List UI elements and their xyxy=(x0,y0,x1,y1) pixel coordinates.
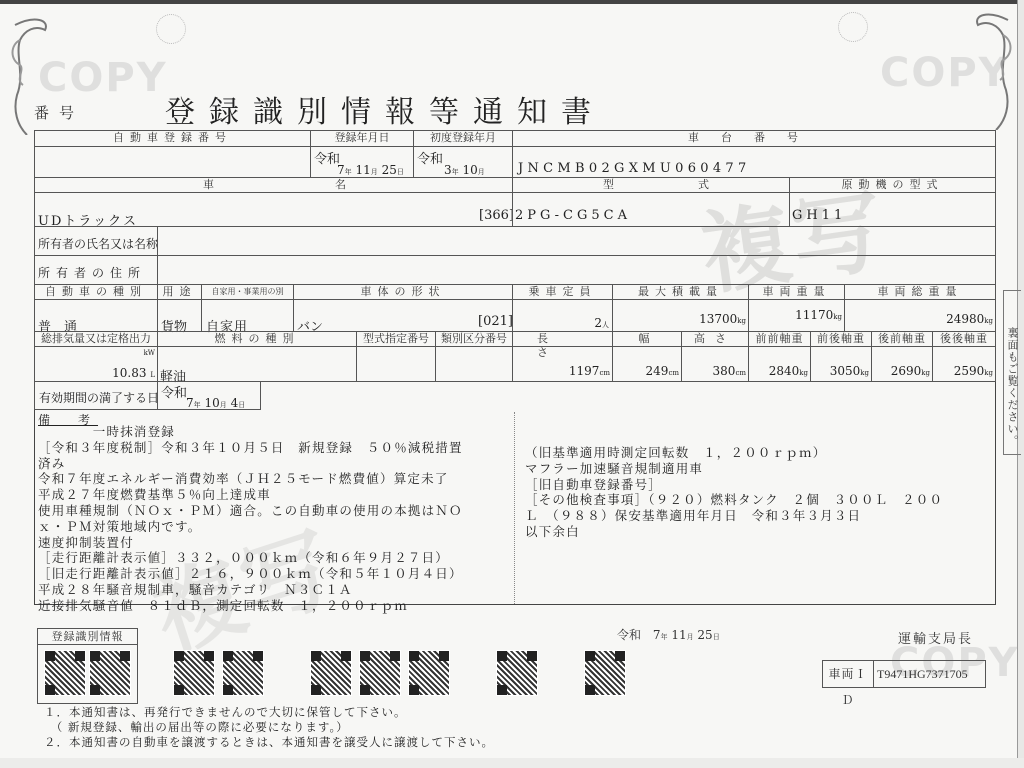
type-designation-label: 型式指定番号 xyxy=(363,332,429,345)
first-reg-month: 10 xyxy=(462,163,477,177)
model-label: 式 xyxy=(698,178,715,192)
issue-date-month: 11 xyxy=(671,628,686,642)
engine-model: GH11 xyxy=(792,208,846,223)
height-value: 380 xyxy=(713,364,736,378)
copy-watermark: COPY xyxy=(880,50,1010,96)
vehicle-weight-header: 車両重量 xyxy=(748,284,845,300)
ff-axle-cell: 2840kg xyxy=(748,346,811,382)
rf-axle-label: 後前軸重 xyxy=(878,332,926,345)
width-cell: 249cm xyxy=(612,346,682,382)
max-load-label: 最大積載量 xyxy=(638,285,723,298)
capacity-value: 2 xyxy=(594,316,602,330)
width-value: 249 xyxy=(646,364,669,378)
rf-axle-header: 後前軸重 xyxy=(871,331,933,347)
reg-number-cell xyxy=(34,146,311,178)
first-reg-era: 令和 xyxy=(417,148,443,167)
expiry-year: 7 xyxy=(186,396,194,410)
chassis-label: 車台番号 xyxy=(688,131,820,144)
use-header: 用途 xyxy=(157,284,202,300)
remarks-line: 使用車種規制（ＮＯｘ・ＰＭ）適合。この自動車の使用の本拠はＮＯ xyxy=(38,503,463,519)
qr-box-title: 登録識別情報 xyxy=(38,629,137,645)
owner-address-label-cell: 所有者の住所 xyxy=(34,255,158,285)
type-designation-cell xyxy=(356,346,436,382)
ff-axle-label: 前前軸重 xyxy=(756,332,804,345)
rr-axle-label: 後後軸重 xyxy=(940,332,988,345)
engine-header: 原動機の型式 xyxy=(789,177,996,193)
first-reg-label: 初度登録年月 xyxy=(430,131,496,144)
displacement-cell: kW 10.83 L xyxy=(34,346,158,382)
owner-name-label: 所有者の氏名又は名称 xyxy=(38,235,158,252)
owner-address-label: 所有者の住所 xyxy=(38,264,146,281)
reg-date-header: 登録年月日 xyxy=(310,130,414,147)
remarks-line: マフラー加速騒音規制適用車 xyxy=(525,461,943,477)
vehicle-weight-cell: 11170kg xyxy=(748,299,845,332)
displacement-value: 10.83 xyxy=(112,366,146,380)
qr-code-icon xyxy=(359,650,401,696)
remarks-line: （旧基準適用時測定回転数 １，２００ｒｐｍ） xyxy=(525,445,943,461)
owner-address-cell xyxy=(157,255,996,285)
vehicle-type-cell: 普 通 xyxy=(34,299,158,332)
remarks-line: Ｌ （９８８）保安基準適用年月日 令和３年３月３日 xyxy=(525,508,943,524)
seal-mark-icon xyxy=(838,12,868,42)
remarks-line: 済み xyxy=(38,456,463,472)
body-shape-code: [021] xyxy=(478,314,513,329)
bureau-chief: 運輸支局長 xyxy=(898,628,973,647)
capacity-label: 乗車定員 xyxy=(529,285,597,298)
remarks-line: 令和７年度エネルギー消費効率（ＪＨ２５モード燃費値）算定未了 xyxy=(38,471,463,487)
model-value: 2PG-CG5CA xyxy=(515,208,631,223)
issue-date-era: 令和 xyxy=(617,628,641,642)
car-name-label: 車 xyxy=(203,178,220,192)
use-cell: 貨物 xyxy=(157,299,202,332)
category-label: 類別区分番号 xyxy=(441,332,507,345)
owner-name-cell xyxy=(157,226,996,256)
reg-number-header: 自動車登録番号 xyxy=(34,130,311,147)
fuel-label: 燃料の種別 xyxy=(215,332,300,345)
rf-axle-cell: 2690kg xyxy=(871,346,933,382)
qr-code-icon xyxy=(222,650,264,696)
car-name-header: 車 名 xyxy=(34,177,513,193)
ff-axle-value: 2840 xyxy=(769,364,800,378)
seal-mark-icon xyxy=(156,14,186,44)
engine-label: 原動機の型式 xyxy=(842,178,944,191)
remarks-right: （旧基準適用時測定回転数 １，２００ｒｐｍ）マフラー加速騒音規制適用車［旧自動車… xyxy=(525,445,943,540)
fr-axle-header: 前後軸重 xyxy=(810,331,872,347)
gross-weight-cell: 24980kg xyxy=(844,299,996,332)
first-reg-year: 3 xyxy=(444,163,452,177)
vehicle-id-box: 車両ＩＤ T9471HG7371705 xyxy=(822,660,986,688)
height-cell: 380cm xyxy=(681,346,749,382)
width-label: 幅 xyxy=(639,332,656,345)
model-header: 型 式 xyxy=(512,177,790,193)
footer-note: （ 新規登録、輸出の届出等の際に必要になります。） xyxy=(44,720,494,735)
document-title: 登録識別情報等通知書 xyxy=(165,96,605,131)
remarks-line: 近接排気騒音値 ８１ｄＢ，測定回転数 １，２００ｒｐｍ xyxy=(38,598,463,614)
issue-date-day: 25 xyxy=(697,628,712,642)
remarks-line: ［その他検査事項］（９２０）燃料タンク ２個 ３００Ｌ ２００ xyxy=(525,492,943,508)
remarks-divider xyxy=(514,412,515,604)
reg-date-cell: 令和 7年 11月 25日 xyxy=(310,146,414,178)
vehicle-id-label: 車両ＩＤ xyxy=(823,661,874,687)
footer-note: １．本通知書は、再発行できませんので大切に保管して下さい。 xyxy=(44,705,494,720)
capacity-cell: 2人 xyxy=(512,299,613,332)
private-business-header: 自家用・事業用の別 xyxy=(201,284,294,300)
footer-note: ２．本通知書の自動車を譲渡するときは、本通知書を譲受人に譲渡して下さい。 xyxy=(44,735,494,750)
first-reg-cell: 令和 3年 10月 xyxy=(413,146,513,178)
remarks-line: ［旧走行距離計表示値］２１６，９００ｋｍ（令和５年１０月４日） xyxy=(38,566,463,582)
issue-date: 令和 7年 11月 25日 xyxy=(617,626,720,643)
width-header: 幅 xyxy=(612,331,682,347)
chassis-number: JNCMB02GXMU060477 xyxy=(518,161,751,176)
reg-date-day: 25 xyxy=(382,163,397,177)
qr-code-icon xyxy=(173,650,215,696)
bottom-border xyxy=(0,758,1024,768)
ff-axle-header: 前前軸重 xyxy=(748,331,811,347)
remarks-line: 平成２８年騒音規制車，騒音カテゴリ Ｎ３Ｃ１Ａ xyxy=(38,582,463,598)
remarks-line: ［旧自動車登録番号］ xyxy=(525,477,943,493)
vehicle-type-header: 自動車の種別 xyxy=(34,284,158,300)
remarks-line: 平成２７年度燃費基準５％向上達成車 xyxy=(38,487,463,503)
chassis-cell: JNCMB02GXMU060477 xyxy=(512,146,996,178)
reg-number-label: 自動車登録番号 xyxy=(113,131,232,144)
capacity-header: 乗車定員 xyxy=(512,284,613,300)
fr-axle-value: 3050 xyxy=(830,364,861,378)
length-header: 長さ xyxy=(512,331,613,347)
reg-date-year: 7 xyxy=(337,163,345,177)
fuel-header: 燃料の種別 xyxy=(157,331,357,347)
expiry-era: 令和 xyxy=(161,382,187,401)
rr-axle-header: 後後軸重 xyxy=(932,331,996,347)
owner-name-label-cell: 所有者の氏名又は名称 xyxy=(34,226,158,256)
top-border xyxy=(0,0,1024,4)
height-label: 高さ xyxy=(694,332,736,345)
category-cell xyxy=(435,346,513,382)
car-name-label: 名 xyxy=(335,178,352,192)
remarks-left: 一時抹消登録［令和３年度税制］令和３年１０月５日 新規登録 ５０％減税措置済み令… xyxy=(38,424,463,614)
remarks-line: ｘ・ＰＭ対策地域内です。 xyxy=(38,519,463,535)
remarks-line: 一時抹消登録 xyxy=(38,424,463,440)
displacement-header: 総排気量又は定格出力 xyxy=(34,331,158,347)
max-load-value: 13700 xyxy=(699,312,737,326)
remarks-line: 速度抑制装置付 xyxy=(38,535,463,551)
reg-date-label: 登録年月日 xyxy=(335,131,390,144)
displacement-label: 総排気量又は定格出力 xyxy=(41,332,151,345)
vehicle-type-label: 自動車の種別 xyxy=(45,285,147,298)
rr-axle-cell: 2590kg xyxy=(932,346,996,382)
side-note: 裏面もご覧ください。 xyxy=(1003,290,1021,455)
expiry-label: 有効期間の満了する日 xyxy=(39,389,159,406)
copy-watermark: COPY xyxy=(38,55,168,101)
max-load-cell: 13700kg xyxy=(612,299,749,332)
remarks-line: ［走行距離計表示値］３３２，０００ｋｍ（令和６年９月２７日） xyxy=(38,550,463,566)
qr-code-icon xyxy=(496,650,538,696)
chassis-header: 車台番号 xyxy=(512,130,996,147)
gross-weight-value: 24980 xyxy=(946,312,984,326)
expiry-cell: 令和 7年 10月 4日 xyxy=(157,381,261,410)
vehicle-id: T9471HG7371705 xyxy=(877,661,968,687)
car-name-code: [366] xyxy=(479,208,514,223)
body-shape-label: 車体の形状 xyxy=(361,285,446,298)
gross-weight-header: 車両総重量 xyxy=(844,284,996,300)
remarks-line: ［令和３年度税制］令和３年１０月５日 新規登録 ５０％減税措置 xyxy=(38,440,463,456)
qr-code-icon xyxy=(584,650,626,696)
first-reg-header: 初度登録年月 xyxy=(413,130,513,147)
length-value: 1197 xyxy=(569,364,600,378)
use-label: 用途 xyxy=(163,285,197,298)
body-shape-header: 車体の形状 xyxy=(293,284,513,300)
fr-axle-cell: 3050kg xyxy=(810,346,872,382)
expiry-month: 10 xyxy=(204,396,219,410)
vehicle-weight-value: 11170 xyxy=(795,308,833,322)
qr-code-icon xyxy=(89,650,131,696)
car-name-cell: UDトラックス [366] xyxy=(34,192,513,227)
footer-notes: １．本通知書は、再発行できませんので大切に保管して下さい。 （ 新規登録、輸出の… xyxy=(44,705,494,750)
private-business-label: 自家用・事業用の別 xyxy=(212,287,284,296)
qr-code-icon xyxy=(408,650,450,696)
reg-date-month: 11 xyxy=(355,163,370,177)
qr-code-icon xyxy=(310,650,352,696)
expiry-label-cell: 有効期間の満了する日 xyxy=(34,381,158,410)
fr-axle-label: 前後軸重 xyxy=(817,332,865,345)
rf-axle-value: 2690 xyxy=(891,364,922,378)
remarks-line: 以下余白 xyxy=(525,524,943,540)
category-header: 類別区分番号 xyxy=(435,331,513,347)
engine-cell: GH11 xyxy=(789,192,996,227)
length-cell: 1197cm xyxy=(512,346,613,382)
displacement-unit-kw: kW xyxy=(144,349,155,357)
max-load-header: 最大積載量 xyxy=(612,284,749,300)
number-label: 番号 xyxy=(34,102,84,123)
vehicle-weight-label: 車両重量 xyxy=(763,285,831,298)
type-designation-header: 型式指定番号 xyxy=(356,331,436,347)
fuel-cell: 軽油 xyxy=(157,346,357,382)
gross-weight-label: 車両総重量 xyxy=(878,285,963,298)
private-business-cell: 自家用 xyxy=(201,299,294,332)
height-header: 高さ xyxy=(681,331,749,347)
rr-axle-value: 2590 xyxy=(954,364,985,378)
model-cell: 2PG-CG5CA xyxy=(512,192,790,227)
qr-code-icon xyxy=(44,650,86,696)
body-shape-cell: バン [021] xyxy=(293,299,513,332)
model-label: 型 xyxy=(603,178,620,192)
